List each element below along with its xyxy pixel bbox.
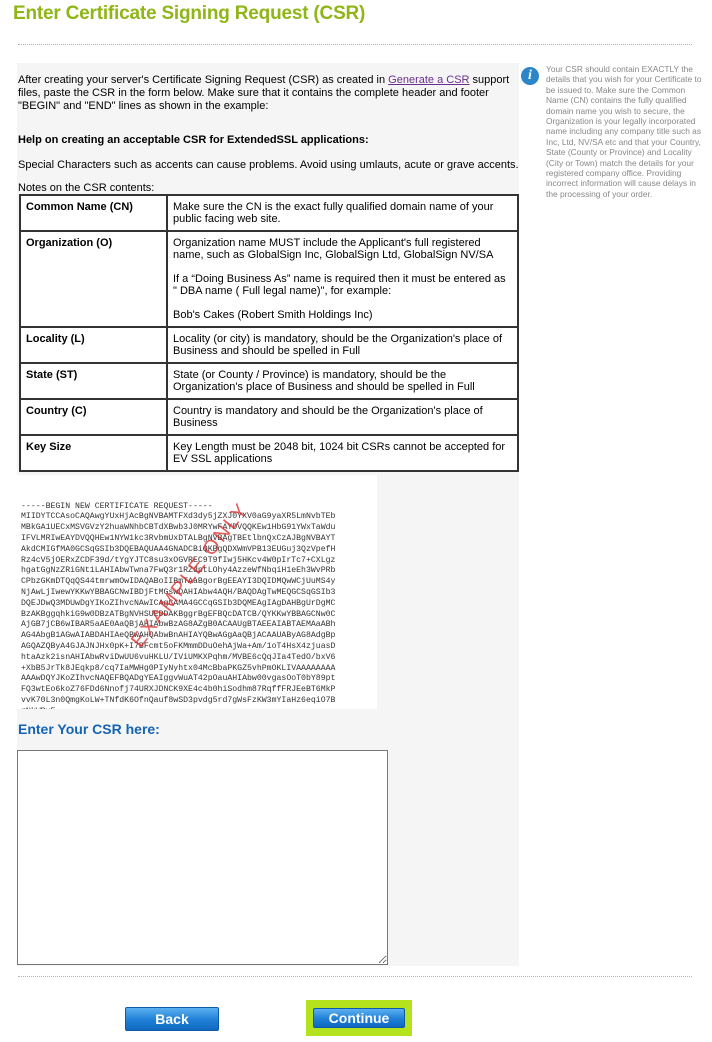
notes-row: Common Name (CN)Make sure the CN is the …	[20, 195, 518, 231]
notes-row: Locality (L)Locality (or city) is mandat…	[20, 327, 518, 363]
continue-button[interactable]: Continue	[313, 1008, 405, 1028]
notes-field-description: Country is mandatory and should be the O…	[167, 399, 518, 435]
notes-field-description: Key Length must be 2048 bit, 1024 bit CS…	[167, 435, 518, 471]
help-heading: Help on creating an acceptable CSR for E…	[18, 134, 369, 146]
special-characters-note: Special Characters such as accents can c…	[18, 159, 519, 171]
notes-field-name: Key Size	[20, 435, 167, 471]
generate-csr-link[interactable]: Generate a CSR	[388, 74, 469, 86]
csr-notes-table: Common Name (CN)Make sure the CN is the …	[19, 194, 519, 472]
sidebar-info-text: Your CSR should contain EXACTLY the deta…	[546, 64, 704, 199]
notes-label: Notes on the CSR contents:	[18, 182, 154, 194]
notes-field-description: Make sure the CN is the exact fully qual…	[167, 195, 518, 231]
notes-field-description: State (or County / Province) is mandator…	[167, 363, 518, 399]
notes-row: Country (C)Country is mandatory and shou…	[20, 399, 518, 435]
notes-row: State (ST)State (or County / Province) i…	[20, 363, 518, 399]
csr-input[interactable]	[17, 750, 388, 965]
info-icon: i	[521, 67, 539, 85]
back-button[interactable]: Back	[125, 1007, 219, 1031]
csr-input-label: Enter Your CSR here:	[18, 721, 160, 737]
bottom-divider	[18, 976, 692, 977]
sample-csr-box: -----BEGIN NEW CERTIFICATE REQUEST----- …	[17, 475, 377, 709]
notes-field-name: Country (C)	[20, 399, 167, 435]
intro-before-link: After creating your server's Certificate…	[18, 74, 388, 86]
sample-csr-text: -----BEGIN NEW CERTIFICATE REQUEST----- …	[21, 502, 377, 709]
notes-row: Organization (O)Organization name MUST i…	[20, 231, 518, 327]
top-divider	[18, 44, 692, 45]
notes-field-name: Common Name (CN)	[20, 195, 167, 231]
notes-field-name: Organization (O)	[20, 231, 167, 327]
intro-text: After creating your server's Certificate…	[18, 74, 513, 113]
notes-field-description: Organization name MUST include the Appli…	[167, 231, 518, 327]
notes-field-name: Locality (L)	[20, 327, 167, 363]
notes-field-name: State (ST)	[20, 363, 167, 399]
notes-row: Key SizeKey Length must be 2048 bit, 102…	[20, 435, 518, 471]
notes-field-description: Locality (or city) is mandatory, should …	[167, 327, 518, 363]
page-title: Enter Certificate Signing Request (CSR)	[13, 3, 365, 25]
main-panel: After creating your server's Certificate…	[17, 63, 519, 966]
